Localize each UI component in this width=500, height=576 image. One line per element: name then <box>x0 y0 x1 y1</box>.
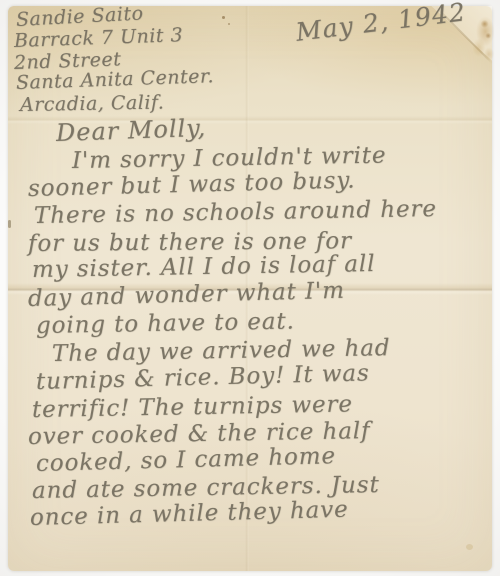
letter-paper: Sandie Saito Barrack 7 Unit 3 2nd Street… <box>8 6 492 571</box>
sender-barrack: Barrack 7 Unit 3 <box>14 24 184 52</box>
paper-speck <box>222 16 225 19</box>
sender-city-state: Arcadia, Calif. <box>20 91 165 116</box>
left-edge-mark <box>8 220 11 228</box>
paper-speck <box>228 23 230 25</box>
letter-date: May 2, 1942 <box>294 0 467 47</box>
faint-spot-bottom-right <box>466 544 473 550</box>
body-line-7: going to have to eat. <box>36 308 295 339</box>
salutation: Dear Molly, <box>56 114 207 147</box>
body-line-3: There is no schools around here <box>34 196 437 229</box>
